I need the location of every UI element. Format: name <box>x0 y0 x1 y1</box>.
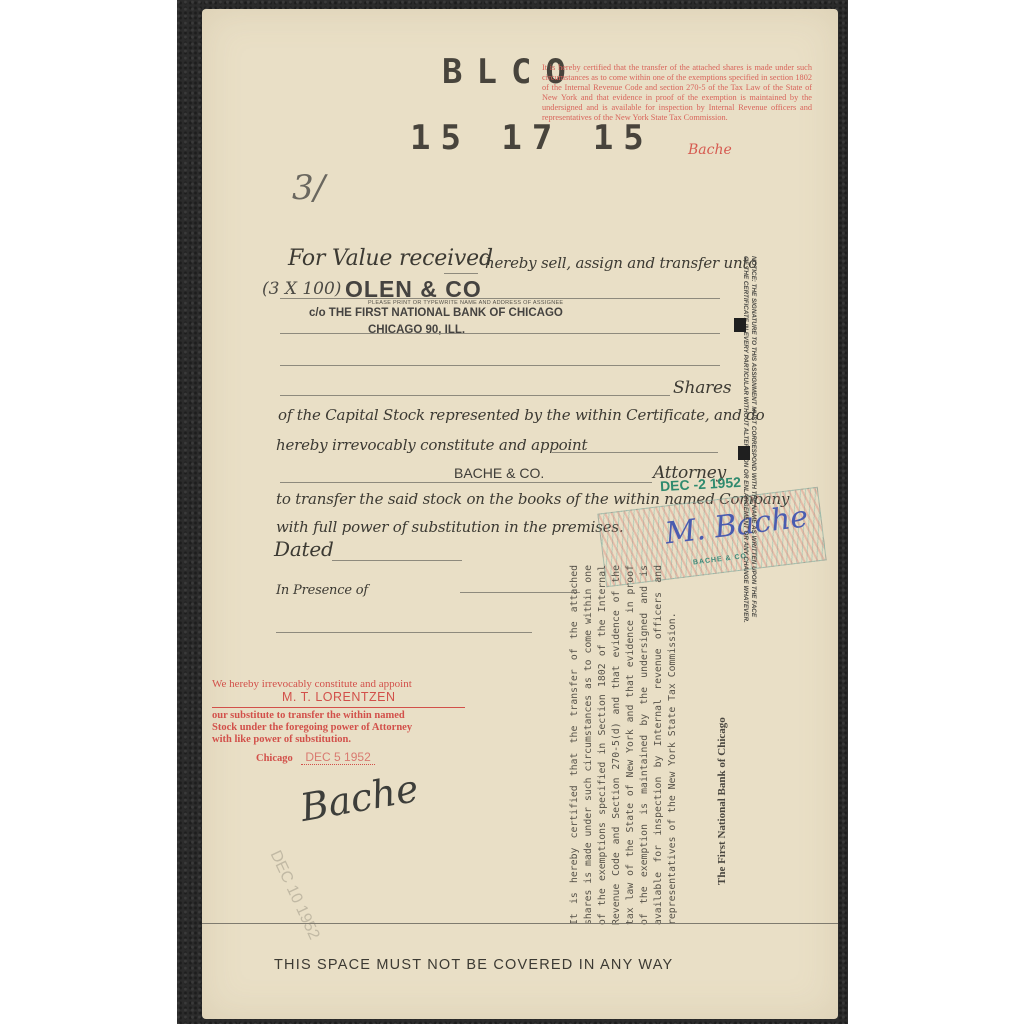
red-tax-stamp: It is hereby certified that the transfer… <box>542 63 812 123</box>
red-substitution-stamp: We hereby irrevocably constitute and app… <box>212 678 465 764</box>
stamp-rule <box>212 707 465 708</box>
handwritten-mark: 3/ <box>292 168 325 208</box>
attorney-line <box>280 482 652 483</box>
witness-line <box>276 632 532 633</box>
footer-notice: THIS SPACE MUST NOT BE COVERED IN ANY WA… <box>274 957 673 973</box>
presence-line <box>460 592 580 593</box>
appoint-text: hereby irrevocably constitute and appoin… <box>276 436 587 454</box>
share-count-note: (3 X 100) <box>262 279 341 299</box>
black-mark <box>734 318 746 332</box>
substitution-line3: Stock under the foregoing power of Attor… <box>212 722 465 734</box>
dated-label: Dated <box>274 537 334 561</box>
perforation-line2: 15 17 15 <box>410 118 654 158</box>
black-mark <box>738 446 750 460</box>
appoint-line <box>552 452 718 453</box>
substitution-line2: our substitute to transfer the within na… <box>212 710 465 722</box>
stamp-date: DEC 5 1952 <box>301 750 374 765</box>
assignee-address-line2: CHICAGO 90, ILL. <box>368 324 465 336</box>
red-stamp-signature: Bache <box>688 142 732 158</box>
blank-line <box>280 365 720 366</box>
certification-bank: The First National Bank of Chicago <box>716 525 728 885</box>
substitution-line4: with like power of substitution. <box>212 734 465 746</box>
shares-line <box>280 395 670 396</box>
address-line <box>280 333 720 334</box>
assignee-line <box>280 298 720 299</box>
shares-label: Shares <box>673 378 731 398</box>
dated-line <box>332 560 462 561</box>
assignee-address-line1: c/o THE FIRST NATIONAL BANK OF CHICAGO <box>309 307 563 319</box>
assignee-caption: PLEASE PRINT OR TYPEWRITE NAME AND ADDRE… <box>368 300 563 306</box>
certification-text: It is hereby certified that the transfer… <box>568 565 708 925</box>
for-value-received-label: For Value received <box>288 246 493 271</box>
vertical-notice-text: NOTICE: THE SIGNATURE TO THIS ASSIGNMENT… <box>735 256 757 626</box>
footer-rule <box>202 923 838 924</box>
red-tax-stamp-text: It is hereby certified that the transfer… <box>542 63 812 122</box>
capital-stock-text: of the Capital Stock represented by the … <box>278 406 764 424</box>
substitute-name: M. T. LORENTZEN <box>282 690 465 704</box>
vertical-notice: NOTICE: THE SIGNATURE TO THIS ASSIGNMENT… <box>735 256 757 626</box>
attorney-name: BACHE & CO. <box>454 465 544 481</box>
substitution-line1: We hereby irrevocably constitute and app… <box>212 678 465 690</box>
blank-line <box>444 273 478 274</box>
substitution-text: with full power of substitution in the p… <box>276 518 623 536</box>
sell-assign-label: hereby sell, assign and transfer unto <box>485 254 757 272</box>
stamp-place: Chicago <box>256 753 293 764</box>
certification-stamp: It is hereby certified that the transfer… <box>568 565 738 925</box>
presence-label: In Presence of <box>276 583 368 598</box>
